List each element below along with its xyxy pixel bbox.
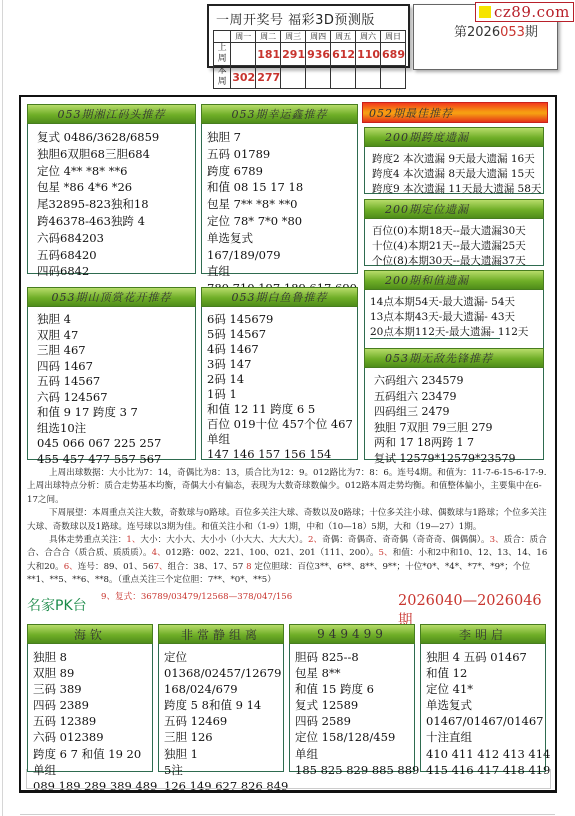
box-lines: 胆码 825--8 包星 8** 和值 15 跨度 6 复式 12589 四码 … xyxy=(290,647,414,778)
draw-number xyxy=(331,66,356,89)
line: 和值 15 跨度 6 xyxy=(295,681,408,697)
line: 六码684203 xyxy=(37,230,189,247)
line: 147 146 157 156 154 xyxy=(207,447,351,462)
item-num: 1、 xyxy=(126,535,140,545)
weekday-cell: 周五 xyxy=(331,31,356,43)
box-title: 053期白鱼鲁推荐 xyxy=(201,287,358,307)
weekly-draw-title: 一周开奖号 福彩3D预测版 xyxy=(209,6,408,30)
box-title: 053期幸运鑫推荐 xyxy=(201,104,358,124)
box-lines: 独胆 4 五码 01467 和值 12 定位 41* 单选复式 01467/01… xyxy=(421,647,545,778)
item-num: 7、 xyxy=(154,562,168,572)
box-title: 200期跨度遗漏 xyxy=(364,127,544,147)
line: 455 457 477 557 567 xyxy=(37,452,189,468)
box-lines: 独胆 4 双胆 47 三胆 467 四码 1467 五码 14567 六码 12… xyxy=(28,310,195,467)
line: 单选复式 xyxy=(426,697,539,713)
line: 跨度4 本次遗漏 8天最大遗漏 15天 xyxy=(372,167,537,182)
draw-number xyxy=(356,66,381,89)
divider xyxy=(370,338,500,339)
pk-title: 名家PK台 xyxy=(27,595,87,615)
line: 五码68420 xyxy=(37,247,189,264)
trend-analysis: 上周出球数据：大小比为7：14，奇偶比为8：13，质合比为12：9。012路比为… xyxy=(27,467,552,588)
line: 双胆 47 xyxy=(37,328,189,344)
weekday-cell: 周二 xyxy=(256,31,281,43)
issue-suffix: 期 xyxy=(525,25,538,40)
line: 三胆 467 xyxy=(37,343,189,359)
line: 包星 *86 4*6 *26 xyxy=(37,179,189,196)
line: 5码 14567 xyxy=(207,327,351,342)
line: 四码组三 2479 xyxy=(374,404,537,420)
line: 独胆 4 五码 01467 xyxy=(426,649,539,665)
expert-box: 非常静组离 定位 01368/02457/12679 168/024/679 跨… xyxy=(158,624,284,772)
expert-box: 海钦 独胆 8 双胆 89 三码 389 四码 2389 五码 12389 六码… xyxy=(27,624,153,772)
draw-number: 181 xyxy=(256,43,281,66)
line: 定位 158/128/459 xyxy=(295,729,408,745)
line: 三胆 126 xyxy=(164,729,277,745)
line: 两和 17 18两跨 1 7 xyxy=(374,435,537,451)
weekly-draw-panel: 一周开奖号 福彩3D预测版 周一 周二 周三 周四 周五 周六 周日 上周 18… xyxy=(207,4,410,68)
kuadu-omission-box: 200期跨度遗漏 跨度2 本次遗漏 9天最大遗漏 16天 跨度4 本次遗漏 8天… xyxy=(364,127,544,194)
line: 13点本期43天-最大遗漏- 43天 xyxy=(370,310,537,325)
line: 独胆 8 xyxy=(33,649,146,665)
line: 168/024/679 xyxy=(164,681,277,697)
issue-number-value: 053 xyxy=(500,25,525,40)
draw-number xyxy=(231,43,256,66)
expert-name: 海钦 xyxy=(27,624,153,644)
line: 定位 41* xyxy=(426,681,539,697)
draw-number: 612 xyxy=(331,43,356,66)
box-lines: 复式 0486/3628/6859 独胆6双胆68三胆684 定位 4** *8… xyxy=(28,127,195,280)
next-week-outlook: 下周展望：本周重点关注大数，奇数球与0路球。百位多关注大球、奇数以及0路球；十位… xyxy=(27,507,552,534)
line: 045 066 067 225 257 xyxy=(37,436,189,452)
baiyu-box: 053期白鱼鲁推荐 6码 145679 5码 14567 4码 1467 3码 … xyxy=(201,287,358,460)
main-frame: 053期湘江码头推荐 复式 0486/3628/6859 独胆6双胆68三胆68… xyxy=(19,95,557,793)
box-lines: 6码 145679 5码 14567 4码 1467 3码 147 2码 14 … xyxy=(202,310,357,462)
item-num: 6、 xyxy=(64,562,78,572)
issue-prefix: 第2026 xyxy=(454,25,500,40)
line: 四码 2589 xyxy=(295,713,408,729)
hezhi-omission-box: 200期和值遗漏 14点本期54天-最大遗漏- 54天 13点本期43天-最大遗… xyxy=(364,270,544,350)
line: 五码 01789 xyxy=(207,146,351,163)
line: 单选复式 xyxy=(207,230,351,247)
box-lines: 六码组六 234579 五码组六 23479 四码组三 2479 独胆 7双胆 … xyxy=(365,371,543,466)
line: 167/189/079 xyxy=(207,247,351,264)
line: 独胆 7 xyxy=(207,129,351,146)
expert-name: 李明启 xyxy=(420,624,546,644)
draw-number: 277 xyxy=(256,66,281,89)
box-lines: 百位(0)本期18天--最大遗漏30天 十位(4)本期21天--最大遗漏25天 … xyxy=(365,222,543,269)
line: 直组 xyxy=(207,263,351,280)
line: 双胆 89 xyxy=(33,665,146,681)
item-num: 3、 xyxy=(490,535,504,545)
item-text: 大小：大小大、大小小（小大大、大大大）。 xyxy=(140,535,308,545)
line: 独胆 1 xyxy=(164,746,277,762)
box-title: 200期定位遗漏 xyxy=(364,199,544,219)
site-logo[interactable]: cz89.com xyxy=(475,2,574,22)
item-text: 012路：002、221、100、021、201（111、200）。 xyxy=(166,548,379,558)
weekday-cell: 周四 xyxy=(306,31,331,43)
box-lines: 跨度2 本次遗漏 9天最大遗漏 16天 跨度4 本次遗漏 8天最大遗漏 15天 … xyxy=(365,150,543,197)
page-bottom-rule xyxy=(20,814,555,815)
line: 跨度2 本次遗漏 9天最大遗漏 16天 xyxy=(372,152,537,167)
line: 四码 2389 xyxy=(33,697,146,713)
line: 三码 389 xyxy=(33,681,146,697)
line: 复试 12579*12579*23579 xyxy=(374,451,537,467)
box-lines: 14点本期54天-最大遗漏- 54天 13点本期43天-最大遗漏- 43天 20… xyxy=(365,293,543,340)
draw-number: 689 xyxy=(381,43,406,66)
line: 定位 78* 7*0 *80 xyxy=(207,213,351,230)
line: 跨度 5 8和值 9 14 xyxy=(164,697,277,713)
focus-lead: 具体走势重点关注： xyxy=(49,535,126,545)
line: 百位(0)本期18天--最大遗漏30天 xyxy=(372,224,537,239)
best-title: 052期最佳推荐 xyxy=(362,102,548,123)
line: 跨度 6 7 和值 19 20 xyxy=(33,746,146,762)
line: 六码组六 234579 xyxy=(374,373,537,389)
xingyunxin-box: 053期幸运鑫推荐 独胆 7 五码 01789 跨度 6789 和值 08 15… xyxy=(201,104,358,274)
line: 组选10注 xyxy=(37,421,189,437)
issue-number: 第2026053期 xyxy=(454,21,538,40)
line: 4码 1467 xyxy=(207,342,351,357)
line: 尾32895-823独和18 xyxy=(37,196,189,213)
line: 十位(4)本期21天--最大遗漏25天 xyxy=(372,239,537,254)
line: 个位(8)本期30天--最大遗漏37天 xyxy=(372,254,537,269)
draw-number: 302 xyxy=(231,66,256,89)
logo-square-icon xyxy=(479,6,491,18)
draw-number xyxy=(306,66,331,89)
line: 定位 xyxy=(164,649,277,665)
line: 六码 124567 xyxy=(37,390,189,406)
line: 五码 12389 xyxy=(33,713,146,729)
line: 01368/02457/12679 xyxy=(164,665,277,681)
line: 3码 147 xyxy=(207,357,351,372)
draw-number: 291 xyxy=(281,43,306,66)
row-label: 本周 xyxy=(214,66,231,89)
box-title: 053期无敌先锋推荐 xyxy=(364,348,544,368)
line: 和值 9 17 跨度 3 7 xyxy=(37,405,189,421)
last-week-summary: 上周出球数据：大小比为7：14，奇偶比为8：13，质合比为12：9。012路比为… xyxy=(27,467,552,507)
line: 01467/01467/01467 xyxy=(426,713,539,729)
row-label: 上周 xyxy=(214,43,231,66)
line: 胆码 825--8 xyxy=(295,649,408,665)
weekly-draw-table: 周一 周二 周三 周四 周五 周六 周日 上周 181 291 936 612 … xyxy=(213,30,406,89)
expert-name: 非常静组离 xyxy=(158,624,284,644)
line: 14点本期54天-最大遗漏- 54天 xyxy=(370,295,537,310)
line: 独胆6双胆68三胆684 xyxy=(37,146,189,163)
weekday-cell: 周日 xyxy=(381,31,406,43)
line: 十注直组 xyxy=(426,729,539,745)
line: 定位 4** *8* **6 xyxy=(37,163,189,180)
draw-number xyxy=(381,66,406,89)
corner-cell xyxy=(214,31,231,43)
fushi-line: 9、复式：36789/03479/12568—378/047/156 xyxy=(101,590,292,602)
xianfeng-box: 053期无敌先锋推荐 六码组六 234579 五码组六 23479 四码组三 2… xyxy=(364,348,544,460)
item-num: 5、 xyxy=(379,548,393,558)
item-text: 组合：38、17、57 xyxy=(168,562,244,572)
draw-number xyxy=(281,66,306,89)
line: 跨度9 本次遗漏 11天最大遗漏 58天 xyxy=(372,182,537,197)
line: 五码 12469 xyxy=(164,713,277,729)
line: 包星 8** xyxy=(295,665,408,681)
line: 跨度 6789 xyxy=(207,163,351,180)
line: 2码 14 xyxy=(207,372,351,387)
item-num: 4、 xyxy=(152,548,166,558)
logo-text: cz89.com xyxy=(494,3,570,21)
last-week-row: 上周 181 291 936 612 110 689 xyxy=(214,43,406,66)
box-title: 053期山顶赏花开推荐 xyxy=(27,287,196,307)
line: 独胆 4 xyxy=(37,312,189,328)
expert-name: 949499 xyxy=(289,624,415,644)
box-title: 053期湘江码头推荐 xyxy=(27,104,196,124)
item-text: 连号：89、01、56 xyxy=(78,562,154,572)
line: 单组 xyxy=(207,432,351,447)
expert-box: 李明启 独胆 4 五码 01467 和值 12 定位 41* 单选复式 0146… xyxy=(420,624,546,772)
line: 6码 145679 xyxy=(207,312,351,327)
focus-points: 具体走势重点关注：1、大小：大小大、大小小（小大大、大大大）。2、奇偶：奇偶奇、… xyxy=(27,534,552,588)
draw-number: 110 xyxy=(356,43,381,66)
line: 六码 012389 xyxy=(33,729,146,745)
line: 独胆 7双胆 79三胆 279 xyxy=(374,420,537,436)
xiangjiang-box: 053期湘江码头推荐 复式 0486/3628/6859 独胆6双胆68三胆68… xyxy=(27,104,196,274)
item-num: 2、 xyxy=(308,535,322,545)
weekday-header-row: 周一 周二 周三 周四 周五 周六 周日 xyxy=(214,31,406,43)
page-left-rule xyxy=(2,0,3,816)
item-num: 8 xyxy=(246,562,251,572)
inner-bottom-panel xyxy=(26,769,551,789)
line: 复式 12589 xyxy=(295,697,408,713)
this-week-row: 本周 302 277 xyxy=(214,66,406,89)
line: 复式 0486/3628/6859 xyxy=(37,129,189,146)
line: 四码 1467 xyxy=(37,359,189,375)
line: 1码 1 xyxy=(207,387,351,402)
box-lines: 独胆 7 五码 01789 跨度 6789 和值 08 15 17 18 包星 … xyxy=(202,127,357,297)
line: 百位 019十位 457个位 467 xyxy=(207,417,351,432)
weekday-cell: 周三 xyxy=(281,31,306,43)
line: 五码组六 23479 xyxy=(374,389,537,405)
item-text: 奇偶：奇偶奇、奇奇偶（奇奇奇、偶偶偶）。 xyxy=(322,535,490,545)
line: 和值 12 11 跨度 6 5 xyxy=(207,402,351,417)
best-recommendation-column: 052期最佳推荐 200期跨度遗漏 跨度2 本次遗漏 9天最大遗漏 16天 跨度… xyxy=(362,102,548,370)
line: 五码 14567 xyxy=(37,374,189,390)
box-title: 200期和值遗漏 xyxy=(364,270,544,290)
shanding-box: 053期山顶赏花开推荐 独胆 4 双胆 47 三胆 467 四码 1467 五码… xyxy=(27,287,196,460)
dingwei-omission-box: 200期定位遗漏 百位(0)本期18天--最大遗漏30天 十位(4)本期21天-… xyxy=(364,199,544,266)
line: 和值 12 xyxy=(426,665,539,681)
line: 单组 xyxy=(295,746,408,762)
draw-number: 936 xyxy=(306,43,331,66)
weekday-cell: 周六 xyxy=(356,31,381,43)
weekday-cell: 周一 xyxy=(231,31,256,43)
line: 和值 08 15 17 18 xyxy=(207,179,351,196)
line: 包星 7** *8* **0 xyxy=(207,196,351,213)
expert-box: 949499 胆码 825--8 包星 8** 和值 15 跨度 6 复式 12… xyxy=(289,624,415,772)
line: 跨46378-463独跨 4 xyxy=(37,213,189,230)
line: 四码6842 xyxy=(37,263,189,280)
line: 410 411 412 413 414 xyxy=(426,746,539,762)
